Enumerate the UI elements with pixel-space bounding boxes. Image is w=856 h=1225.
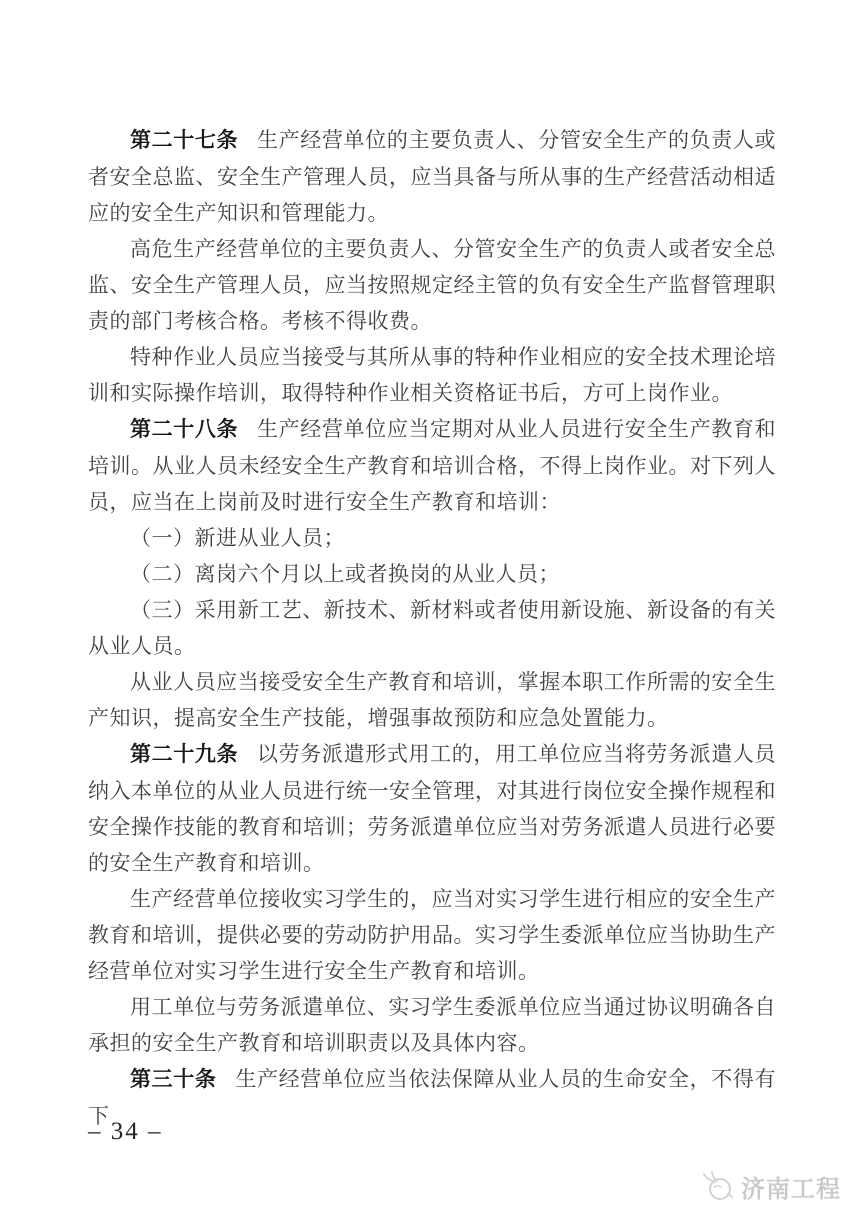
paragraph: 第二十八条生产经营单位应当定期对从业人员进行安全生产教育和培训。从业人员未经安全… xyxy=(88,411,776,520)
paragraph-text: 高危生产经营单位的主要负责人、分管安全生产的负责人或者安全总监、安全生产管理人员… xyxy=(88,237,776,333)
paragraph-text: 用工单位与劳务派遣单位、实习学生委派单位应当通过协议明确各自承担的安全生产教育和… xyxy=(88,995,776,1055)
document-page: 第二十七条生产经营单位的主要负责人、分管安全生产的负责人或者安全总监、安全生产管… xyxy=(0,0,856,1225)
paragraph: 高危生产经营单位的主要负责人、分管安全生产的负责人或者安全总监、安全生产管理人员… xyxy=(88,231,776,339)
paragraph-text: 生产经营单位接收实习学生的，应当对实习学生进行相应的安全生产教育和培训，提供必要… xyxy=(88,887,776,983)
paragraph: 用工单位与劳务派遣单位、实习学生委派单位应当通过协议明确各自承担的安全生产教育和… xyxy=(88,989,776,1061)
paragraph: （一）新进从业人员； xyxy=(88,520,776,556)
watermark-text: 济南工程 xyxy=(741,1169,841,1204)
watermark: 济南工程 xyxy=(700,1168,841,1204)
publisher-logo-icon xyxy=(700,1168,736,1204)
paragraph: 第二十七条生产经营单位的主要负责人、分管安全生产的负责人或者安全总监、安全生产管… xyxy=(88,122,776,231)
article-number: 第二十七条 xyxy=(130,129,238,152)
paragraph: （三）采用新工艺、新技术、新材料或者使用新设施、新设备的有关从业人员。 xyxy=(88,592,776,664)
paragraph-text: （三）采用新工艺、新技术、新材料或者使用新设施、新设备的有关从业人员。 xyxy=(88,598,776,658)
paragraph-text: 从业人员应当接受安全生产教育和培训，掌握本职工作所需的安全生产知识，提高安全生产… xyxy=(88,670,776,730)
paragraph-text: （二）离岗六个月以上或者换岗的从业人员； xyxy=(130,562,560,586)
paragraph: 第三十条生产经营单位应当依法保障从业人员的生命安全，不得有下 xyxy=(88,1061,776,1134)
article-number: 第二十九条 xyxy=(130,743,238,766)
paragraph-text: （一）新进从业人员； xyxy=(130,526,345,550)
paragraph: 从业人员应当接受安全生产教育和培训，掌握本职工作所需的安全生产知识，提高安全生产… xyxy=(88,664,776,736)
paragraph: （二）离岗六个月以上或者换岗的从业人员； xyxy=(88,556,776,592)
paragraph: 生产经营单位接收实习学生的，应当对实习学生进行相应的安全生产教育和培训，提供必要… xyxy=(88,881,776,989)
paragraph-text: 特种作业人员应当接受与其所从事的特种作业相应的安全技术理论培训和实际操作培训，取… xyxy=(88,345,776,405)
article-number: 第二十八条 xyxy=(130,418,238,441)
article-number: 第三十条 xyxy=(130,1068,217,1091)
document-body: 第二十七条生产经营单位的主要负责人、分管安全生产的负责人或者安全总监、安全生产管… xyxy=(88,122,776,1134)
paragraph: 第二十九条以劳务派遣形式用工的，用工单位应当将劳务派遣人员纳入本单位的从业人员进… xyxy=(88,736,776,881)
paragraph: 特种作业人员应当接受与其所从事的特种作业相应的安全技术理论培训和实际操作培训，取… xyxy=(88,339,776,411)
page-number: – 34 – xyxy=(88,1118,163,1146)
